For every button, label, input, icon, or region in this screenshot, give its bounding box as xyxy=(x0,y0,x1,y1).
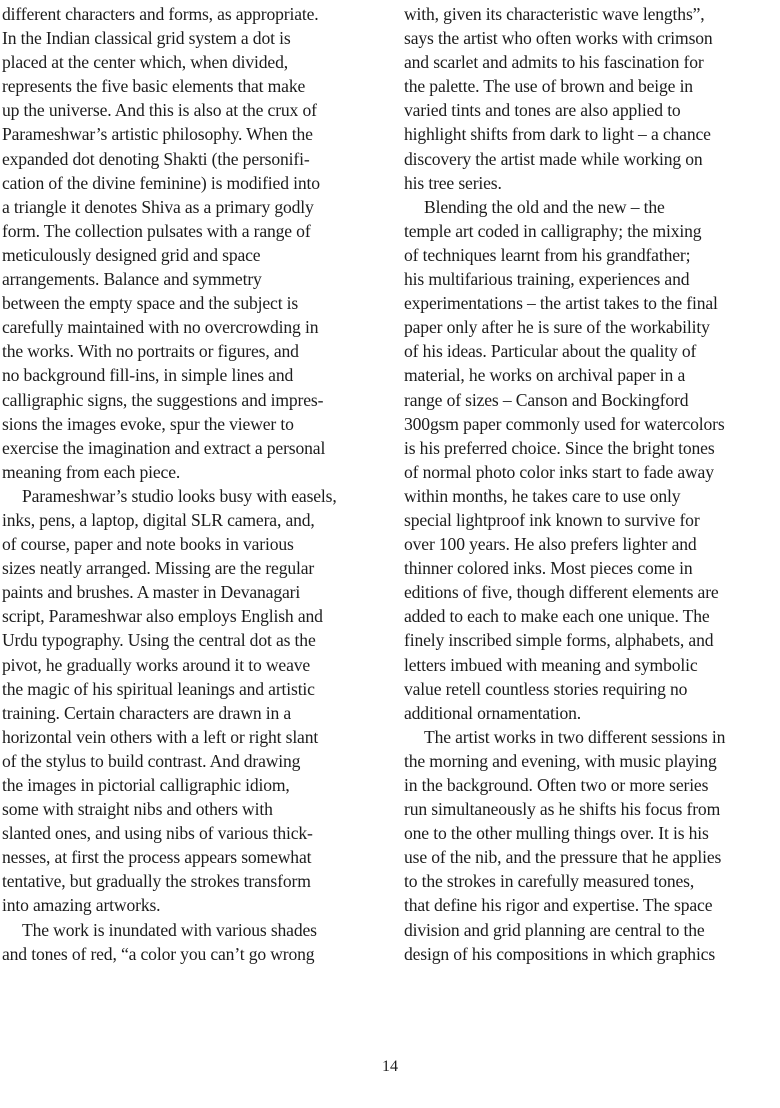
text-line: 300gsm paper commonly used for watercolo… xyxy=(404,412,780,436)
text-line: placed at the center which, when divided… xyxy=(2,50,386,74)
text-line: Parameshwar’s artistic philosophy. When … xyxy=(2,122,386,146)
text-line: slanted ones, and using nibs of various … xyxy=(2,821,386,845)
text-line: sizes neatly arranged. Missing are the r… xyxy=(2,556,386,580)
text-line: temple art coded in calligraphy; the mix… xyxy=(404,219,780,243)
text-line: thinner colored inks. Most pieces come i… xyxy=(404,556,780,580)
text-line: of the stylus to build contrast. And dra… xyxy=(2,749,386,773)
text-line: arrangements. Balance and symmetry xyxy=(2,267,386,291)
text-line: varied tints and tones are also applied … xyxy=(404,98,780,122)
text-line: inks, pens, a laptop, digital SLR camera… xyxy=(2,508,386,532)
text-line: the works. With no portraits or figures,… xyxy=(2,339,386,363)
text-line: Blending the old and the new – the xyxy=(404,195,780,219)
text-line: of normal photo color inks start to fade… xyxy=(404,460,780,484)
text-line: In the Indian classical grid system a do… xyxy=(2,26,386,50)
text-line: is his preferred choice. Since the brigh… xyxy=(404,436,780,460)
text-line: a triangle it denotes Shiva as a primary… xyxy=(2,195,386,219)
text-line: within months, he takes care to use only xyxy=(404,484,780,508)
text-line: says the artist who often works with cri… xyxy=(404,26,780,50)
text-line: value retell countless stories requiring… xyxy=(404,677,780,701)
text-line: represents the five basic elements that … xyxy=(2,74,386,98)
text-line: highlight shifts from dark to light – a … xyxy=(404,122,780,146)
left-text-column: different characters and forms, as appro… xyxy=(2,2,386,966)
text-line: the magic of his spiritual leanings and … xyxy=(2,677,386,701)
text-line: over 100 years. He also prefers lighter … xyxy=(404,532,780,556)
text-line: editions of five, though different eleme… xyxy=(404,580,780,604)
text-line: run simultaneously as he shifts his focu… xyxy=(404,797,780,821)
text-line: use of the nib, and the pressure that he… xyxy=(404,845,780,869)
text-line: The work is inundated with various shade… xyxy=(2,918,386,942)
text-line: paper only after he is sure of the worka… xyxy=(404,315,780,339)
text-line: to the strokes in carefully measured ton… xyxy=(404,869,780,893)
text-line: training. Certain characters are drawn i… xyxy=(2,701,386,725)
text-line: between the empty space and the subject … xyxy=(2,291,386,315)
text-line: horizontal vein others with a left or ri… xyxy=(2,725,386,749)
text-line: of course, paper and note books in vario… xyxy=(2,532,386,556)
text-line: finely inscribed simple forms, alphabets… xyxy=(404,628,780,652)
text-line: in the background. Often two or more ser… xyxy=(404,773,780,797)
text-line: of his ideas. Particular about the quali… xyxy=(404,339,780,363)
text-line: sions the images evoke, spur the viewer … xyxy=(2,412,386,436)
text-line: the images in pictorial calligraphic idi… xyxy=(2,773,386,797)
text-line: one to the other mulling things over. It… xyxy=(404,821,780,845)
text-line: form. The collection pulsates with a ran… xyxy=(2,219,386,243)
text-line: division and grid planning are central t… xyxy=(404,918,780,942)
text-line: discovery the artist made while working … xyxy=(404,147,780,171)
text-line: Parameshwar’s studio looks busy with eas… xyxy=(2,484,386,508)
text-line: of techniques learnt from his grandfathe… xyxy=(404,243,780,267)
text-line: additional ornamentation. xyxy=(404,701,780,725)
text-line: material, he works on archival paper in … xyxy=(404,363,780,387)
text-line: calligraphic signs, the suggestions and … xyxy=(2,388,386,412)
text-line: carefully maintained with no overcrowdin… xyxy=(2,315,386,339)
text-line: paints and brushes. A master in Devanaga… xyxy=(2,580,386,604)
text-line: The artist works in two different sessio… xyxy=(404,725,780,749)
text-line: experimentations – the artist takes to t… xyxy=(404,291,780,315)
text-line: cation of the divine feminine) is modifi… xyxy=(2,171,386,195)
text-line: Urdu typography. Using the central dot a… xyxy=(2,628,386,652)
text-line: design of his compositions in which grap… xyxy=(404,942,780,966)
text-line: into amazing artworks. xyxy=(2,893,386,917)
text-line: added to each to make each one unique. T… xyxy=(404,604,780,628)
text-line: that define his rigor and expertise. The… xyxy=(404,893,780,917)
text-line: and tones of red, “a color you can’t go … xyxy=(2,942,386,966)
text-line: the palette. The use of brown and beige … xyxy=(404,74,780,98)
text-line: special lightproof ink known to survive … xyxy=(404,508,780,532)
text-line: with, given its characteristic wave leng… xyxy=(404,2,780,26)
text-line: tentative, but gradually the strokes tra… xyxy=(2,869,386,893)
text-line: meticulously designed grid and space xyxy=(2,243,386,267)
text-line: pivot, he gradually works around it to w… xyxy=(2,653,386,677)
text-line: script, Parameshwar also employs English… xyxy=(2,604,386,628)
text-line: expanded dot denoting Shakti (the person… xyxy=(2,147,386,171)
text-line: nesses, at first the process appears som… xyxy=(2,845,386,869)
text-line: different characters and forms, as appro… xyxy=(2,2,386,26)
text-line: exercise the imagination and extract a p… xyxy=(2,436,386,460)
text-line: his tree series. xyxy=(404,171,780,195)
right-text-column: with, given its characteristic wave leng… xyxy=(404,2,780,966)
text-line: no background fill-ins, in simple lines … xyxy=(2,363,386,387)
text-line: up the universe. And this is also at the… xyxy=(2,98,386,122)
text-line: range of sizes – Canson and Bockingford xyxy=(404,388,780,412)
page-number: 14 xyxy=(0,1058,780,1076)
text-line: and scarlet and admits to his fascinatio… xyxy=(404,50,780,74)
text-line: letters imbued with meaning and symbolic xyxy=(404,653,780,677)
text-line: his multifarious training, experiences a… xyxy=(404,267,780,291)
text-line: some with straight nibs and others with xyxy=(2,797,386,821)
text-line: meaning from each piece. xyxy=(2,460,386,484)
book-page: different characters and forms, as appro… xyxy=(0,0,780,1108)
text-line: the morning and evening, with music play… xyxy=(404,749,780,773)
